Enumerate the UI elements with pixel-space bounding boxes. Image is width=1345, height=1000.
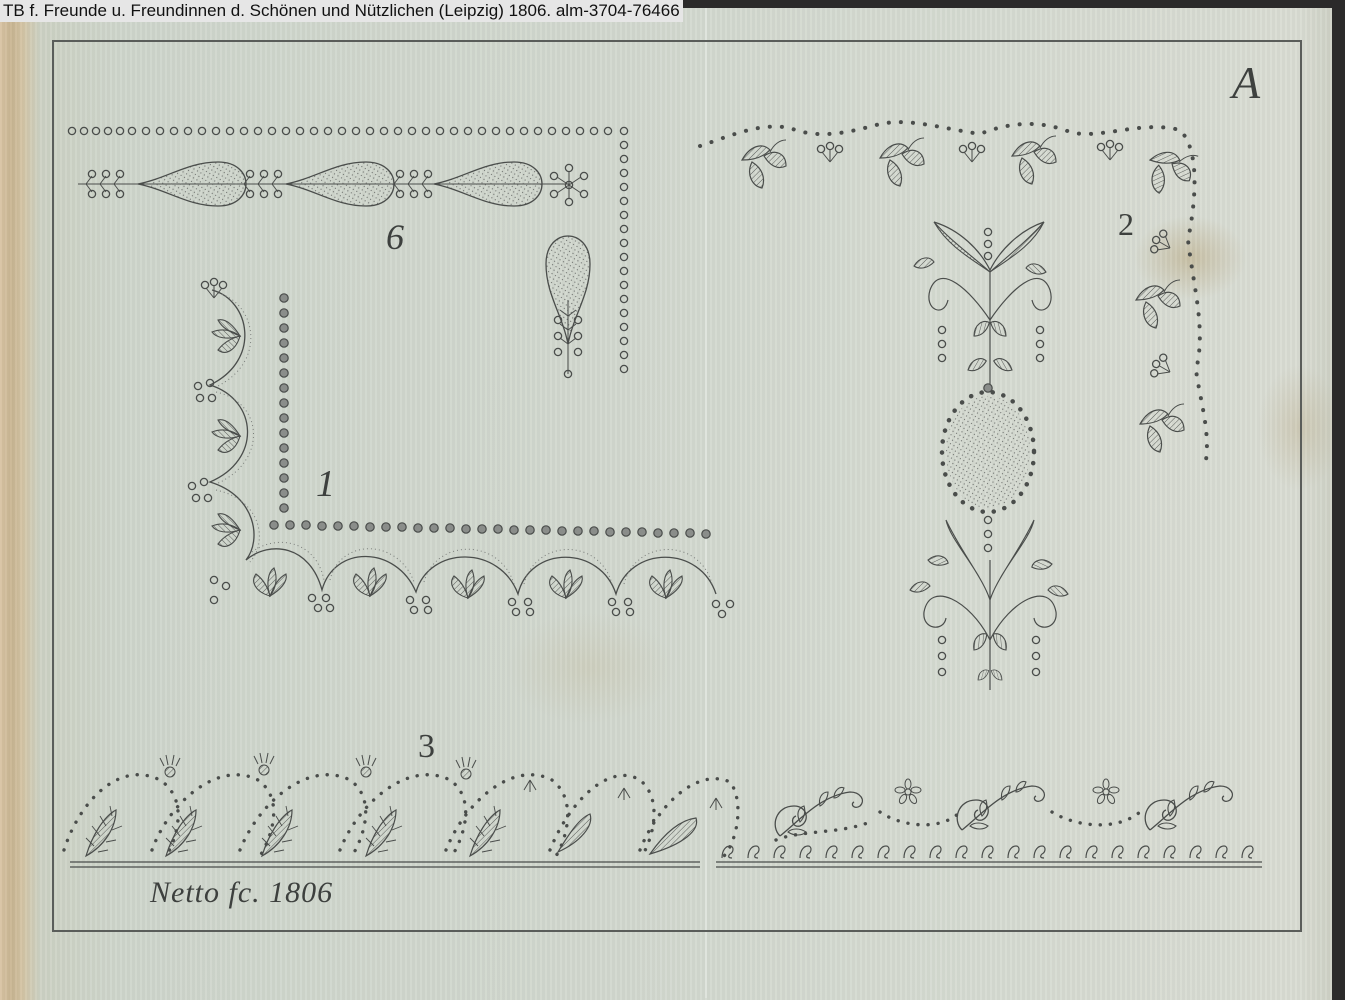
pattern-1 (188, 278, 733, 617)
embroidery-patterns (0, 0, 1345, 1000)
pattern-number-3: 3 (418, 728, 435, 766)
image-caption: TB f. Freunde u. Freundinnen d. Schönen … (0, 0, 683, 22)
pattern-number-2: 2 (1118, 206, 1134, 243)
pattern-number-1: 1 (316, 462, 335, 506)
pattern-6 (68, 127, 627, 377)
engraver-signature: Netto fc. 1806 (150, 876, 333, 910)
pattern-number-6: 6 (386, 216, 404, 258)
pattern-3 (64, 753, 1262, 867)
vase-motif (910, 222, 1068, 690)
plate-letter: A (1232, 56, 1260, 109)
star-motif (550, 164, 587, 205)
